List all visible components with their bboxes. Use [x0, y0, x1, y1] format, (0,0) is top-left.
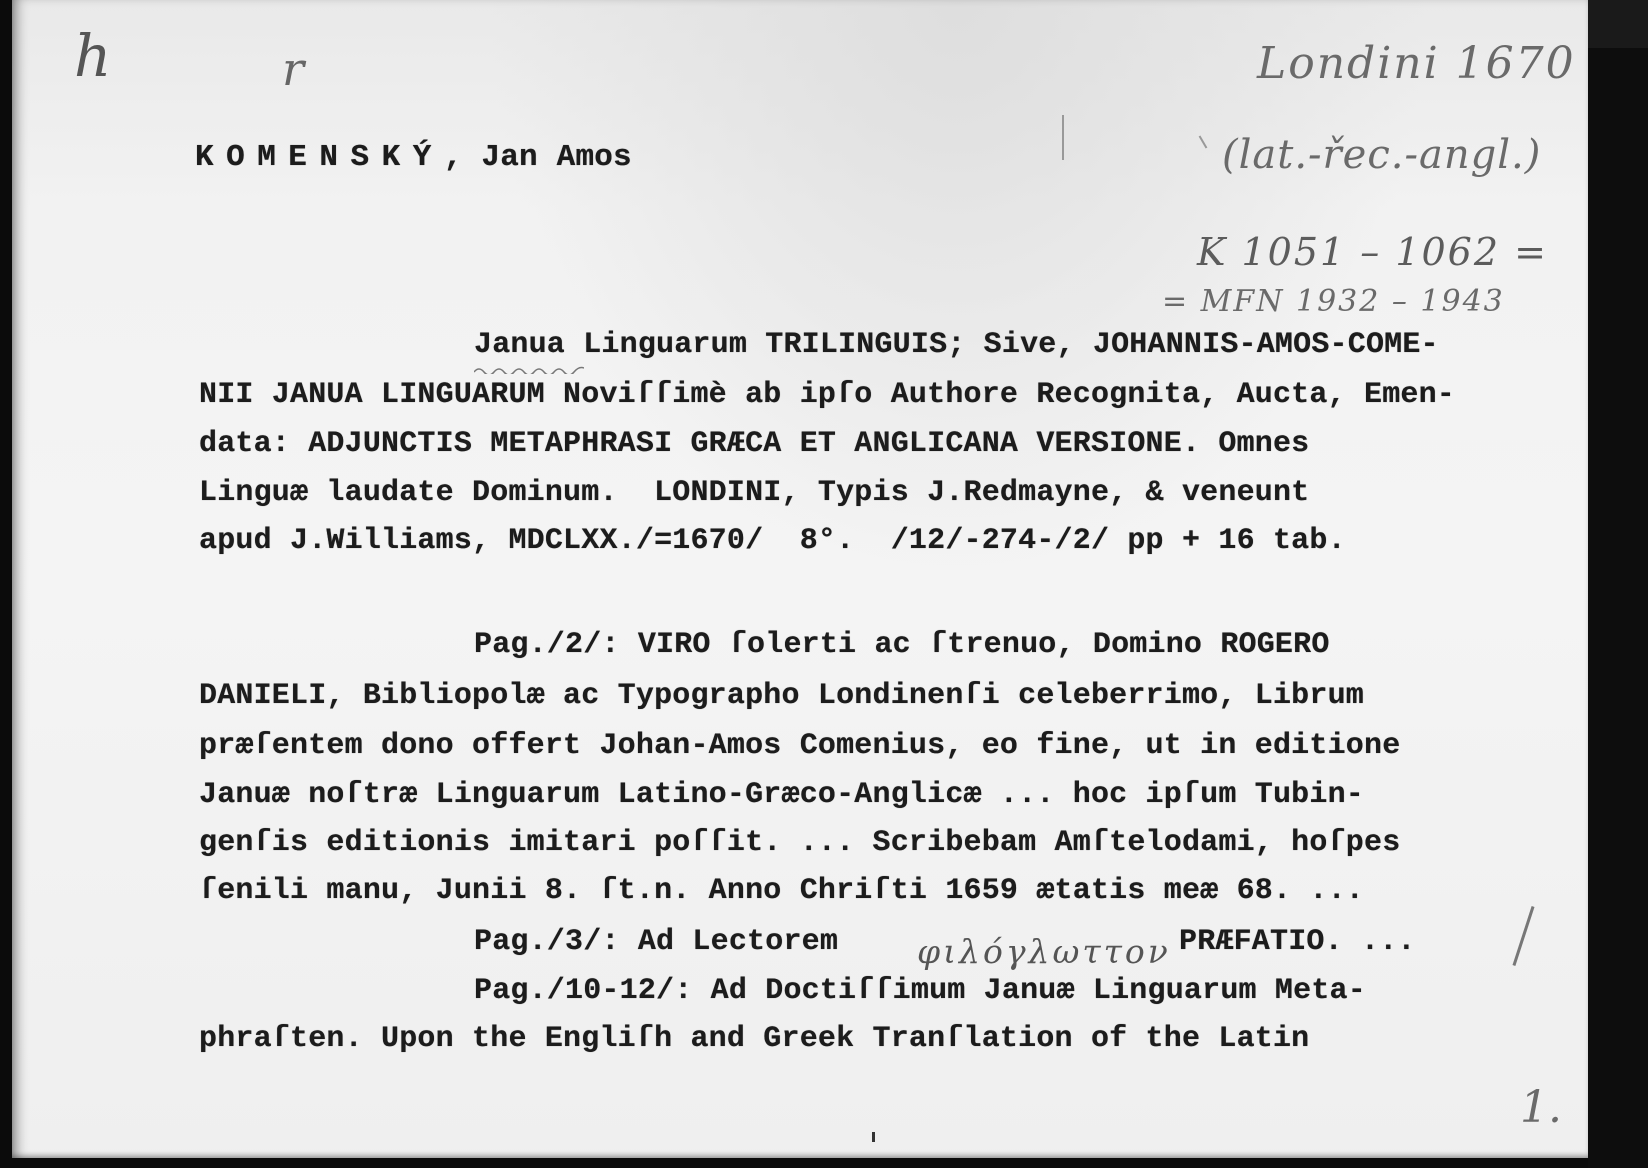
contents-line-2: DANIELI, Bibliopolæ ac Typographo Londin…	[199, 679, 1364, 713]
contents-line-5: genſis editionis imitari poſſit. ... Scr…	[199, 826, 1400, 860]
handwritten-place-year: Londini 1670	[1257, 38, 1576, 89]
handwritten-greek-word: φιλόγλωττον	[917, 932, 1171, 971]
preface-reference: Pag./3/: Ad Lectorem	[474, 925, 838, 959]
handwritten-shelfmark-2: = MFN 1932 – 1943	[1162, 284, 1505, 319]
contents-line-3: præſentem dono offert Johan-Amos Comeniu…	[199, 729, 1400, 763]
author-given-names: , Jan Amos	[444, 140, 632, 175]
wavy-underline-mark	[474, 364, 584, 374]
handwritten-mark-h: h	[74, 22, 111, 90]
handwritten-languages: (lat.-řec.-angl.)	[1222, 132, 1541, 178]
scan-background-edge-top	[1588, 0, 1648, 48]
title-line-1: Janua Linguarum TRILINGUIS; Sive, JOHANN…	[474, 328, 1439, 362]
metaphrast-line-1: Pag./10-12/: Ad Doctiſſimum Januæ Lingua…	[474, 974, 1366, 1008]
contents-line-4: Januæ noſtræ Linguarum Latino-Græco-Angl…	[199, 778, 1364, 812]
author-surname: KOMENSKÝ	[195, 140, 444, 175]
scan-artifact-stroke	[1199, 135, 1208, 148]
metaphrast-line-2: phraſten. Upon the Engliſh and Greek Tra…	[199, 1022, 1309, 1056]
title-line-3: data: ADJUNCTIS METAPHRASI GRÆCA ET ANGL…	[199, 427, 1309, 461]
scan-artifact-dot	[872, 1132, 875, 1142]
handwritten-mark-r: r	[282, 42, 304, 96]
scanned-catalog-card: h r Londini 1670 (lat.-řec.-angl.) K 105…	[0, 0, 1648, 1168]
margin-tick-mark	[1512, 906, 1534, 966]
contents-line-6: ſenili manu, Junii 8. ſt.n. Anno Chriſti…	[199, 874, 1364, 908]
title-line-4: Linguæ laudate Dominum. LONDINI, Typis J…	[199, 476, 1309, 510]
author-heading: KOMENSKÝ, Jan Amos	[195, 140, 632, 175]
catalog-card: h r Londini 1670 (lat.-řec.-angl.) K 105…	[12, 0, 1588, 1158]
contents-line-1: Pag./2/: VIRO ſolerti ac ſtrenuo, Domino…	[474, 628, 1330, 662]
preface-title: PRÆFATIO. ...	[1179, 925, 1416, 959]
handwritten-card-number: 1.	[1520, 1082, 1562, 1133]
imprint-line: apud J.Williams, MDCLXX./=1670/ 8°. /12/…	[199, 524, 1346, 558]
title-line-2: NII JANUA LINGUARUM Noviſſimè ab ipſo Au…	[199, 378, 1455, 412]
handwritten-shelfmark-1: K 1051 – 1062 =	[1197, 230, 1548, 274]
scan-background-edge	[1588, 0, 1648, 1168]
scan-artifact-line	[1062, 115, 1064, 160]
